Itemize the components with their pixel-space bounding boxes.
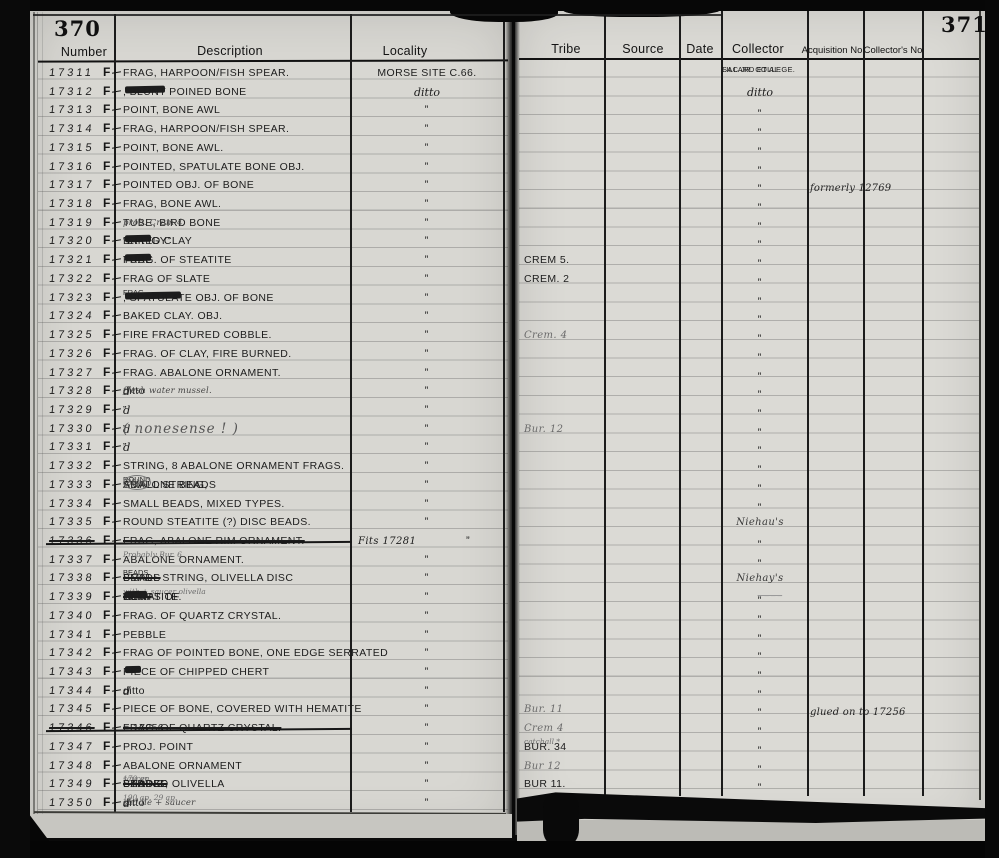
row-number-cell: 17326 (48, 348, 95, 361)
text-segment: FRAG, BONE AWL. (123, 198, 221, 211)
row-prefix-mark: F (103, 403, 121, 416)
text-segment: catchall * (524, 735, 560, 748)
table-row: 17328Fd ditto fresh water mussel.”” (0, 383, 999, 402)
text-segment: FRAG OF SLATE (123, 273, 210, 286)
row-locality-ditto-mark: ” (352, 722, 502, 734)
text-segment: CREM. 2 (524, 273, 569, 286)
row-locality-ditto-mark: ” (352, 760, 502, 772)
table-row: 17333FSMALL STRING, ROUNDABALONE BEADS 3… (0, 477, 999, 496)
text-segment: FRAG. OF CLAY, FIRE BURNED. (123, 348, 292, 361)
row-collector-ditto-mark: ” (716, 423, 804, 441)
row-locality-ditto-mark: ” (352, 235, 502, 247)
row-prefix-mark: F (103, 66, 121, 79)
row-collector-ditto: ditto (716, 86, 804, 99)
text-segment: , BLUNT POINED BONE (123, 86, 247, 99)
row-collector-cell: Niehay's (716, 572, 804, 585)
row-locality-ditto: ditto (352, 86, 502, 99)
row-acquisition-note: formerly 12769 (810, 183, 928, 194)
text-segment: POINT, BONE AWL. (123, 142, 224, 155)
row-prefix-mark: F (103, 216, 121, 229)
row-collector-ditto-mark: ” (716, 292, 804, 310)
text-segment: Bur. 12 (524, 423, 563, 436)
left-page-bottom-strip (30, 814, 512, 838)
row-locality-ditto-mark: ” (352, 385, 502, 397)
collector-line: LILLARD ET AL. (722, 65, 781, 74)
text-segment: SMALL BEADS, MIXED TYPES. (123, 498, 285, 511)
table-row: 17316FPOINTED, SPATULATE BONE OBJ.”” (0, 159, 999, 178)
row-locality-ditto-mark: ” (352, 479, 502, 491)
row-prefix-mark: F (103, 497, 121, 510)
row-locality-ditto-mark: ” (352, 367, 502, 379)
text-segment: fresh water mussel. (123, 385, 212, 398)
row-locality-ditto-mark: ” (352, 703, 502, 715)
row-prefix-mark: F (103, 628, 121, 641)
row-prefix-mark: F (103, 178, 121, 191)
row-prefix-mark: F (103, 571, 121, 584)
row-collector-ditto-mark: ” (716, 535, 804, 553)
row-number-cell: 17340 (48, 610, 95, 623)
row-number-cell: 17320 (48, 235, 95, 248)
text-segment: 39/ap (123, 475, 151, 490)
row-number-cell: 17328 (48, 385, 95, 398)
row-prefix-mark: F (103, 141, 121, 154)
row-number-cell: 17319 (48, 217, 95, 230)
row-locality-ditto-mark: ” (352, 348, 502, 360)
row-collector-ditto-mark: ” (716, 161, 804, 179)
row-number-cell: 17312 (48, 86, 95, 99)
row-locality-ditto-mark: ” (352, 161, 502, 173)
row-locality-ditto-mark: ” (352, 273, 502, 285)
row-collector-cell: Niehau's (716, 516, 804, 529)
row-number-cell: 17313 (48, 104, 95, 117)
row-collector-ditto-mark: ” (716, 385, 804, 403)
text-segment: PROJ. POINT (123, 741, 193, 754)
text-segment: ABALONE ORNAMENT (123, 760, 242, 773)
text-segment: POINT, BONE AWL (123, 104, 220, 117)
table-row: 17319FTUBE, BIRD BONE prob. Crem 4”” (0, 215, 999, 234)
table-row: 17320FBAKED CLAY “EFFIGY””” (0, 233, 999, 252)
row-number-cell: 17330 (48, 423, 95, 436)
row-collector-ditto-mark: ” (716, 666, 804, 684)
row-prefix-mark: F (103, 253, 121, 266)
row-locality-ditto-mark: ” (352, 254, 502, 266)
text-segment: Bur 12 (524, 760, 561, 773)
row-collector-ditto-mark: ” (716, 647, 804, 665)
row-collector-ditto-mark: ” (716, 703, 804, 721)
row-locality-ditto-mark: ” (352, 198, 502, 210)
row-locality-ditto-mark: ” (352, 404, 502, 416)
table-row: 17347FPROJ. POINT”BUR. 34 catchall *” (0, 739, 999, 758)
table-row: 17334FSMALL BEADS, MIXED TYPES.”” (0, 496, 999, 515)
row-collector-ditto-mark: ” (716, 254, 804, 272)
row-number-cell: 17345 (48, 703, 95, 716)
scan-top-line (33, 14, 721, 16)
row-number-cell: 17341 (48, 629, 95, 642)
row-collector-ditto-mark: ” (716, 479, 804, 497)
row-prefix-mark: F (103, 478, 121, 491)
row-number-cell: 17339 (48, 591, 95, 604)
table-row: 17344Fd ditto”” (0, 683, 999, 702)
text-segment: FRAG. ABALONE ORNAMENT. (123, 367, 281, 380)
row-number-cell: 17347 (48, 741, 95, 754)
row-collector-ditto-mark: ” (716, 441, 804, 459)
table-row: 17340FFRAG. OF QUARTZ CRYSTAL.”” (0, 608, 999, 627)
row-locality-ditto-mark: ” (466, 535, 471, 547)
row-collector-ditto-mark: ” (716, 629, 804, 647)
row-number-cell: 17342 (48, 647, 95, 660)
row-collector-ditto-mark: ” (716, 348, 804, 366)
text-segment: Crem 4 (524, 722, 564, 735)
row-collector-ditto-mark: ” (716, 273, 804, 291)
row-prefix-mark: F (103, 309, 121, 322)
row-prefix-mark: F (103, 103, 121, 116)
row-number-cell: 17349 (48, 778, 95, 791)
row-locality-ditto-mark: ” (352, 179, 502, 191)
row-collector-ditto-mark: ” (716, 741, 804, 759)
row-prefix-mark: F (103, 122, 121, 135)
row-collector-ditto-mark: ” (716, 554, 804, 572)
text-segment: FRAG. OF QUARTZ CRYSTAL. (123, 610, 281, 623)
row-collector-ditto-mark: ” (716, 310, 804, 328)
row-collector-ditto-mark: ” (716, 760, 804, 778)
text-segment: saddle + saucer (123, 797, 195, 810)
row-prefix-mark: F (103, 366, 121, 379)
row-number-cell: 17322 (48, 273, 95, 286)
row-number-cell: 17334 (48, 498, 95, 511)
text-segment: Bur. 11 (524, 703, 563, 716)
scan-border-right (985, 0, 999, 858)
row-number-cell: 17331 (48, 441, 95, 454)
row-collector-ditto-mark: ” (716, 179, 804, 197)
row-locality-note: Fits 17281 (358, 535, 508, 548)
table-row: 17330Fd ” ( nonesense ! )”Bur. 12” (0, 421, 999, 440)
row-locality-ditto-mark: ” (352, 685, 502, 697)
row-number-cell: 17311 (48, 67, 94, 80)
text-segment: Crem. 4 (524, 329, 567, 342)
row-number-cell: 17348 (48, 760, 95, 773)
row-number-cell: 17323 (48, 292, 95, 305)
row-prefix-mark: F (103, 272, 121, 285)
table-row: 17312F, BLUNT POINED BONEdittoditto (0, 84, 999, 103)
row-number-cell: 17321 (48, 254, 95, 267)
row-prefix-mark: F (103, 684, 121, 697)
row-locality-ditto-mark: ” (352, 647, 502, 659)
text-segment: PIECE OF BONE, COVERED WITH HEMATITE (123, 703, 362, 716)
table-row: 17327FFRAG. ABALONE ORNAMENT.”” (0, 365, 999, 384)
row-prefix-mark: F (103, 197, 121, 210)
table-row: 17343FPIECE OF CHIPPED CHERT”” (0, 664, 999, 683)
row-prefix-mark: F (103, 759, 121, 772)
table-row: 17341FPEBBLE”” (0, 627, 999, 646)
text-segment: ( nonesense ! ) (123, 423, 239, 436)
row-number-cell: 17350 (48, 797, 95, 810)
row-collector-ditto-mark: ” (716, 367, 804, 385)
table-row: 17314FFRAG, HARPOON/FISH SPEAR.”” (0, 121, 999, 140)
text-segment: FRAG, HARPOON/FISH SPEAR. (123, 67, 289, 80)
text-segment: ” (123, 441, 127, 454)
row-locality-ditto-mark: ” (352, 123, 502, 135)
table-row: 17335FROUND STEATITE (?) DISC BEADS.”Nie… (0, 514, 999, 533)
row-collector-ditto-mark: ” (716, 498, 804, 516)
row-number-cell: 17316 (48, 161, 95, 174)
table-row: 17326FFRAG. OF CLAY, FIRE BURNED.”” (0, 346, 999, 365)
text-segment: FIRE FRACTURED COBBLE. (123, 329, 272, 342)
text-segment: BAKED CLAY. OBJ. (123, 310, 222, 323)
row-number-cell: 17327 (48, 367, 95, 380)
pencil-scribble: – – – – (758, 591, 782, 600)
row-collector-ditto-mark: – – – –” (716, 591, 804, 609)
text-segment: STRING, 8 ABALONE ORNAMENT FRAGS. (123, 460, 344, 473)
row-locality-ditto-mark: ” (352, 104, 502, 116)
row-locality-ditto-mark: ” (352, 329, 502, 341)
text-segment: TUBE (123, 254, 153, 267)
row-prefix-mark: F (103, 85, 121, 98)
row-locality-ditto-mark: ” (352, 498, 502, 510)
row-locality-ditto-mark: ” (352, 741, 502, 753)
scan-border-bottom (0, 841, 999, 858)
table-row: 17346FFRAG. OF QUARTZ CRYSTAL. = 17256”C… (0, 720, 999, 739)
row-collector-ditto-mark: ” (716, 123, 804, 141)
table-row: 17325FFIRE FRACTURED COBBLE.”Crem. 4” (0, 327, 999, 346)
text-segment: BEADS (123, 778, 161, 791)
row-locality-ditto-mark: ” (352, 554, 502, 566)
row-number-cell: 17346 (48, 722, 95, 735)
table-row: 17315FPOINT, BONE AWL.”” (0, 140, 999, 159)
row-locality-cell: MORSE SITE C.66. (352, 67, 502, 80)
row-prefix-mark: F (103, 291, 121, 304)
row-acquisition-note: glued on to 17256 (810, 707, 928, 718)
row-prefix-mark: F (103, 740, 121, 753)
row-prefix-mark: F (103, 590, 121, 603)
row-collector-ditto-mark: ” (716, 142, 804, 160)
row-locality-ditto-mark: ” (352, 778, 502, 790)
row-prefix-mark: F (103, 160, 121, 173)
text-segment: FRAG OF POINTED BONE, ONE EDGE SERRATED (123, 647, 388, 660)
row-number-cell: 17318 (48, 198, 95, 211)
text-segment: , SPATULATE OBJ. OF BONE (123, 292, 274, 305)
row-number-cell: 17329 (48, 404, 95, 417)
row-collector-ditto-mark: ” (716, 722, 804, 740)
table-row: 17323FFRAG., SPATULATE OBJ. OF BONE”” (0, 290, 999, 309)
row-prefix-mark: F (103, 534, 121, 547)
row-collector-ditto-mark: ” (716, 404, 804, 422)
text-segment: PIECE OF CHIPPED CHERT (123, 666, 269, 679)
row-locality-ditto-mark: ” (352, 142, 502, 154)
table-row: 17313FPOINT, BONE AWL”” (0, 102, 999, 121)
table-row: 17331Fd ””” (0, 439, 999, 458)
row-locality-ditto-mark: ” (352, 591, 502, 603)
row-prefix-mark: F (103, 234, 121, 247)
row-number-cell: 17344 (48, 685, 95, 698)
text-segment: POINTED OBJ. OF BONE (123, 179, 254, 192)
row-prefix-mark: F (103, 515, 121, 528)
row-number-cell: 17315 (48, 142, 95, 155)
table-row: 17342FFRAG OF POINTED BONE, ONE EDGE SER… (0, 645, 999, 664)
row-locality-ditto-mark: ” (352, 441, 502, 453)
table-row: 17339FBOX WITHwith + saucer olivella LUM… (0, 589, 999, 608)
row-locality-ditto-mark: ” (352, 797, 502, 809)
row-number-cell: 17332 (48, 460, 95, 473)
row-number-cell: 17338 (48, 572, 95, 585)
row-collector-ditto-mark: ” (716, 235, 804, 253)
row-prefix-mark: F (103, 347, 121, 360)
table-row: 17322FFRAG OF SLATE”CREM. 2” (0, 271, 999, 290)
scanned-ledger-page: 370 371 Number Description Locality Trib… (0, 0, 999, 858)
row-locality-ditto-mark: ” (352, 292, 502, 304)
row-locality-ditto-mark: ” (352, 310, 502, 322)
text-segment: ” (123, 404, 127, 417)
row-number-cell: 17336 (48, 535, 95, 548)
table-row: 17311FFRAG, HARPOON/FISH SPEAR.MORSE SIT… (0, 65, 999, 84)
row-collector-ditto-mark: ” (716, 104, 804, 122)
row-collector-ditto-mark: ” (716, 198, 804, 216)
row-prefix-mark: F (103, 422, 121, 435)
row-locality-ditto-mark: ” (352, 217, 502, 229)
text-segment: BEADS (123, 572, 161, 585)
row-prefix-mark: F (103, 384, 121, 397)
row-collector-ditto-mark: ” (716, 460, 804, 478)
text-segment: prob. Crem 4 (123, 217, 183, 230)
text-segment: ditto (123, 685, 145, 698)
row-collector-ditto-mark: ” (716, 778, 804, 796)
row-number-cell: 17324 (48, 310, 95, 323)
row-locality-ditto-mark: ” (352, 629, 502, 641)
text-segment: PEBBLE (123, 629, 166, 642)
row-number-cell: 17314 (48, 123, 95, 136)
table-row: 17317FPOINTED OBJ. OF BONE””formerly 127… (0, 177, 999, 196)
table-row: 17321FFRAG. OF STEATITE TUBE”CREM 5.” (0, 252, 999, 271)
row-number-cell: 17325 (48, 329, 95, 342)
text-segment: HEMATITE. (123, 591, 182, 604)
table-row: 17329Fd ””” (0, 402, 999, 421)
row-prefix-mark: F (103, 777, 121, 790)
row-locality-ditto-mark: ” (352, 460, 502, 472)
row-number-cell: 17335 (48, 516, 95, 529)
row-collector-ditto-mark: ” (716, 329, 804, 347)
text-segment: POINTED, SPATULATE BONE OBJ. (123, 161, 305, 174)
row-prefix-mark: F (103, 609, 121, 622)
table-row: 17345FPIECE OF BONE, COVERED WITH HEMATI… (0, 701, 999, 720)
table-row: 17324FBAKED CLAY. OBJ.”” (0, 308, 999, 327)
text-segment: ROUND STEATITE (?) DISC BEADS. (123, 516, 311, 529)
row-collector-ditto-mark: ” (716, 217, 804, 235)
row-prefix-mark: F (103, 796, 121, 809)
row-prefix-mark: F (103, 665, 121, 678)
text-segment: CREM 5. (524, 254, 569, 267)
table-row: 17318FFRAG, BONE AWL.”” (0, 196, 999, 215)
scan-border-top-blob (450, 0, 558, 22)
row-locality-ditto-mark: ” (352, 666, 502, 678)
row-locality-ditto-mark: ” (352, 610, 502, 622)
text-segment: BUR 11. (524, 778, 566, 791)
row-locality-ditto-mark: ” (352, 423, 502, 435)
row-collector-ditto-mark: ” (716, 610, 804, 628)
text-segment: Probably Bur. 6 (123, 548, 182, 561)
scan-border-left (0, 0, 30, 858)
row-prefix-mark: F (103, 459, 121, 472)
row-prefix-mark: F (103, 721, 121, 734)
row-number-cell: 17333 (48, 479, 95, 492)
row-locality-ditto-mark: ” (352, 572, 502, 584)
text-segment: “EFFIGY” (123, 235, 171, 248)
row-number-cell: 17317 (48, 179, 95, 192)
row-prefix-mark: F (103, 440, 121, 453)
row-prefix-mark: F (103, 553, 121, 566)
row-collector-ditto-mark: ” (716, 685, 804, 703)
row-prefix-mark: F (103, 328, 121, 341)
right-page-bottom-strip (517, 820, 999, 842)
row-prefix-mark: F (103, 646, 121, 659)
row-prefix-mark: F (103, 702, 121, 715)
row-locality-ditto-mark: ” (352, 516, 502, 528)
row-number-cell: 17343 (48, 666, 95, 679)
gutter-bottom-shadow (543, 793, 579, 845)
row-number-cell: 17337 (48, 554, 95, 567)
text-segment: FRAG, HARPOON/FISH SPEAR. (123, 123, 289, 136)
ledger-rows: 17311FFRAG, HARPOON/FISH SPEAR.MORSE SIT… (0, 0, 999, 858)
